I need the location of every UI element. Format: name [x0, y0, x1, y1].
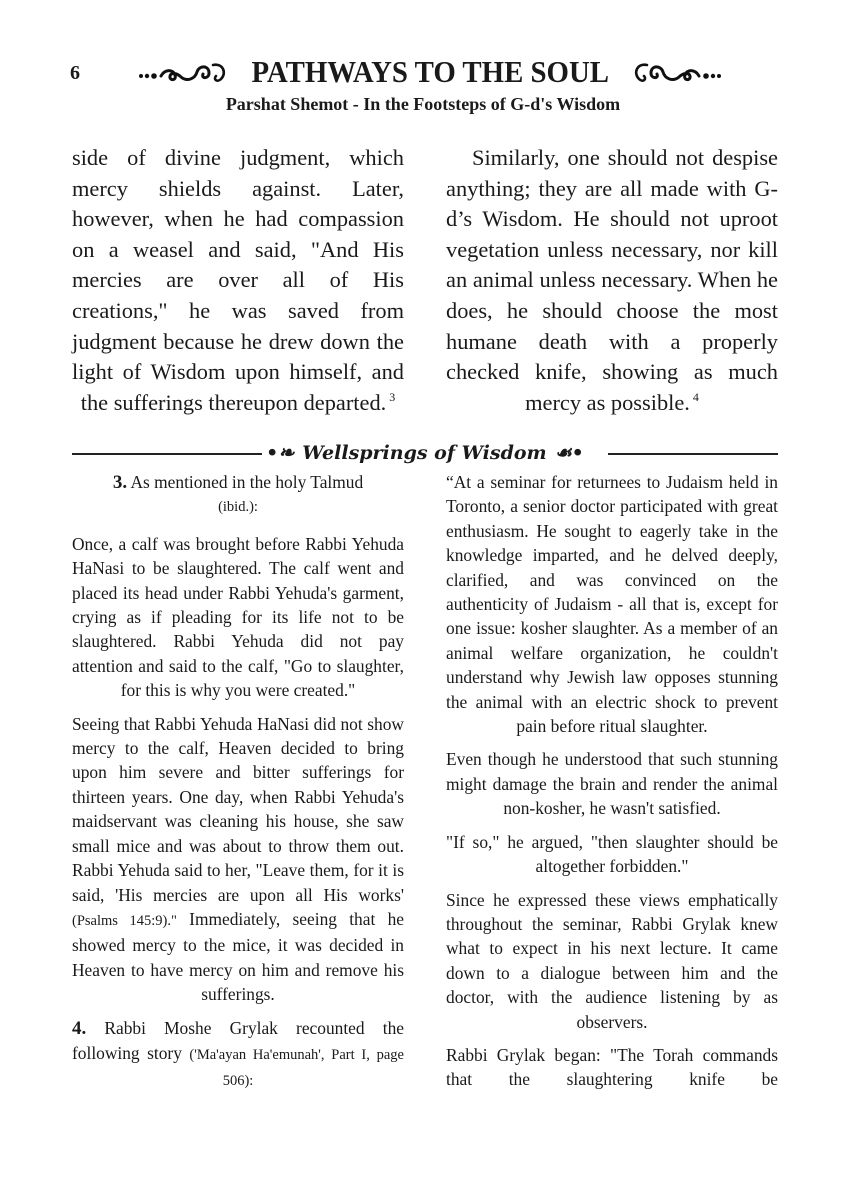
top-right-paragraph: Similarly, one should not despise anythi…: [446, 143, 778, 418]
section-divider: •❧Wellsprings of Wisdom☙•: [72, 442, 778, 466]
footnote-ref-4[interactable]: 4: [693, 390, 699, 404]
masthead: PATHWAYS TO THE SOUL: [130, 52, 730, 92]
parsha-subtitle: Parshat Shemot - In the Footsteps of G-d…: [0, 94, 846, 115]
top-left-paragraph: side of divine judgment, which mercy shi…: [72, 143, 404, 418]
note-3-heading: 3. As mentioned in the holy Talmud: [72, 470, 404, 495]
footnote-ref-3[interactable]: 3: [389, 390, 395, 404]
note-3-paragraph-2: Seeing that Rabbi Yehuda HaNasi did not …: [72, 712, 404, 1007]
story-paragraph-4: Since he expressed these views emphatica…: [446, 888, 778, 1034]
story-paragraph-1: “At a seminar for returnees to Judaism h…: [446, 470, 778, 738]
note-3-paragraph-1: Once, a calf was brought before Rabbi Ye…: [72, 532, 404, 703]
section-title: Wellsprings of Wisdom: [298, 442, 550, 464]
ornament-swirl-right-icon: [628, 59, 723, 85]
note-4-heading: 4. Rabbi Moshe Grylak recounted the foll…: [72, 1016, 404, 1094]
notes-left-column: 3. As mentioned in the holy Talmud (ibid…: [72, 470, 404, 1103]
divider-ornament-right-icon: ☙•: [551, 442, 588, 464]
note-3-source: (ibid.):: [72, 495, 404, 519]
story-paragraph-3: "If so," he argued, "then slaughter shou…: [446, 830, 778, 879]
note-4-source: ('Ma'ayan Ha'emunah', Part I, page 506):: [189, 1047, 404, 1089]
document-page: 6 PATHWAYS TO THE SOUL Parshat Shemot - …: [0, 0, 846, 1200]
publication-title: PATHWAYS TO THE SOUL: [251, 54, 609, 90]
page-number: 6: [70, 62, 80, 85]
divider-ornament-left-icon: •❧: [262, 442, 298, 464]
top-right-column: Similarly, one should not despise anythi…: [446, 143, 778, 418]
story-paragraph-2: Even though he understood that such stun…: [446, 747, 778, 820]
top-left-column: side of divine judgment, which mercy shi…: [72, 143, 404, 418]
psalms-citation: (Psalms 145:9).": [72, 913, 177, 929]
notes-right-column: “At a seminar for returnees to Judaism h…: [446, 470, 778, 1101]
ornament-swirl-left-icon: [137, 59, 232, 85]
story-paragraph-5: Rabbi Grylak began: "The Torah commands …: [446, 1043, 778, 1092]
